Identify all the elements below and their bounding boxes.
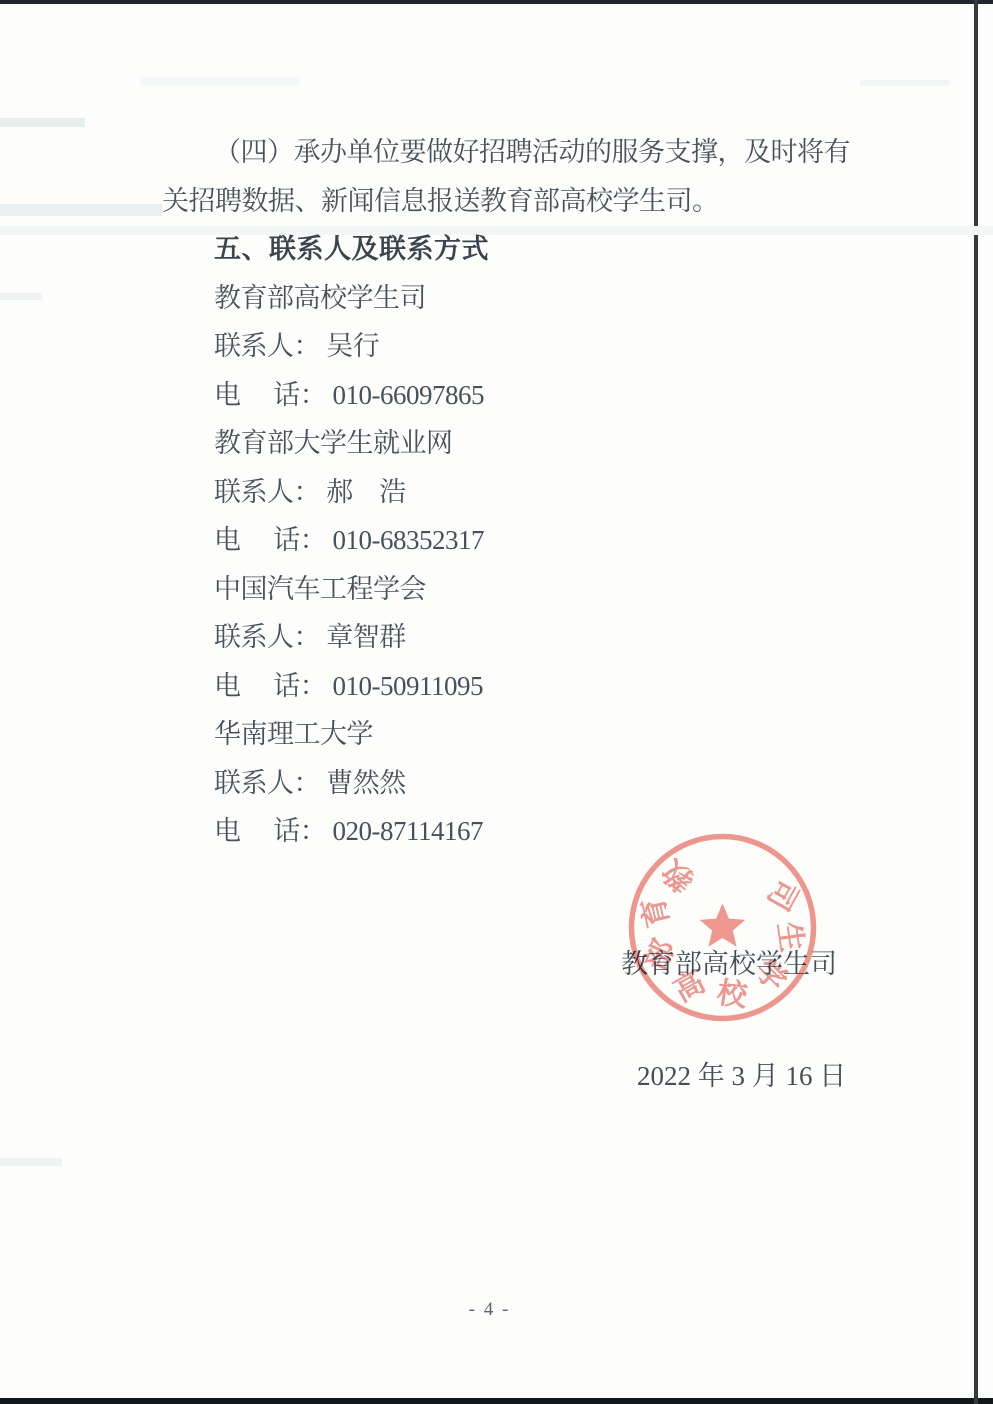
- contact-org: 华南理工大学: [162, 710, 862, 759]
- paragraph-line: （四）承办单位要做好招聘活动的服务支撑，及时将有: [162, 128, 862, 177]
- signature-org: 教育部高校学生司: [621, 939, 846, 989]
- section-heading: 五、联系人及联系方式: [162, 225, 862, 274]
- paragraph-line: 关招聘数据、新闻信息报送教育部高校学生司。: [162, 177, 862, 226]
- contact-phone: 电 话： 010-66097865: [162, 371, 862, 420]
- scan-streak: [0, 1158, 62, 1166]
- scan-streak: [140, 77, 300, 85]
- scan-edge-top: [0, 0, 993, 4]
- contact-person: 联系人： 郝 浩: [162, 468, 862, 517]
- contact-org: 中国汽车工程学会: [162, 565, 862, 614]
- contact-person: 联系人： 吴行: [162, 322, 862, 371]
- scan-streak: [0, 118, 85, 127]
- document-body: （四）承办单位要做好招聘活动的服务支撑，及时将有 关招聘数据、新闻信息报送教育部…: [162, 128, 862, 856]
- scan-streak: [860, 80, 950, 86]
- contact-org: 教育部高校学生司: [162, 274, 862, 323]
- contact-person: 联系人： 曹然然: [162, 759, 862, 808]
- contact-phone: 电 话： 010-50911095: [162, 662, 862, 711]
- contact-org: 教育部大学生就业网: [162, 419, 862, 468]
- signature-block: 教育部高校学生司 2022 年 3 月 16 日: [621, 877, 846, 1163]
- document-page: （四）承办单位要做好招聘活动的服务支撑，及时将有 关招聘数据、新闻信息报送教育部…: [0, 0, 993, 1404]
- contact-phone: 电 话： 010-68352317: [162, 516, 862, 565]
- contact-person: 联系人： 章智群: [162, 613, 862, 662]
- signature-date: 2022 年 3 月 16 日: [621, 1051, 846, 1101]
- scan-streak: [0, 293, 42, 300]
- scan-edge-right: [974, 0, 978, 1404]
- page-number: - 4 -: [0, 1299, 979, 1321]
- scan-streak: [0, 204, 162, 216]
- scan-edge-bottom: [0, 1398, 993, 1404]
- contact-phone: 电 话： 020-87114167: [162, 807, 862, 856]
